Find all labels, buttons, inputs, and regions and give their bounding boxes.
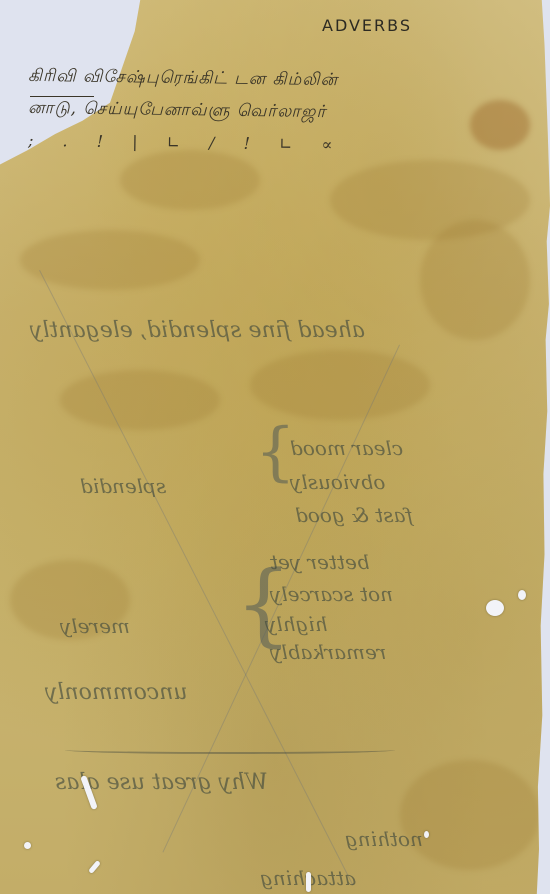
water-stain (250, 350, 430, 420)
water-stain (20, 230, 200, 290)
bleed-through-text: better yet (270, 550, 370, 574)
paper-hole (518, 590, 526, 600)
bleed-through-text: not scarcely (270, 582, 393, 606)
rust-stain (470, 100, 530, 150)
paper-hole (424, 831, 429, 838)
bleed-through-text: obviously (290, 470, 385, 494)
paper-tear (306, 872, 311, 892)
bleed-through-text: nothing (345, 827, 423, 851)
bleed-through-text: merely (60, 614, 130, 638)
script-line-1: கிரிவி விசேஷ்புரெங்கிட் டன கிம்லின் (28, 66, 338, 92)
bleed-through-text: uncommonly (45, 680, 188, 705)
water-stain (400, 760, 540, 870)
bleed-through-text: fast & good (295, 503, 413, 527)
water-stain (120, 150, 260, 210)
manuscript-page: ADVERBS கிரிவி விசேஷ்புரெங்கிட் டன கிம்ல… (0, 0, 550, 894)
wavy-underline (65, 746, 395, 754)
page-title: ADVERBS (322, 16, 412, 35)
script-line-2: னாடு, செய்யுபேனாவ்ளு வெர்லாஜர் (28, 98, 327, 124)
bleed-through-text: ahead fine splendid, elegantly (30, 318, 365, 343)
bleed-through-text: splendid (80, 474, 166, 498)
water-stain (60, 370, 220, 430)
water-stain (420, 220, 530, 340)
underline-mark (30, 96, 94, 97)
bleed-through-text: clear mood (290, 436, 403, 460)
paper-hole (24, 842, 31, 849)
paper-hole (486, 600, 504, 616)
bleed-through-text: highly (265, 612, 328, 636)
bleed-through-text: remarkably (270, 640, 386, 664)
